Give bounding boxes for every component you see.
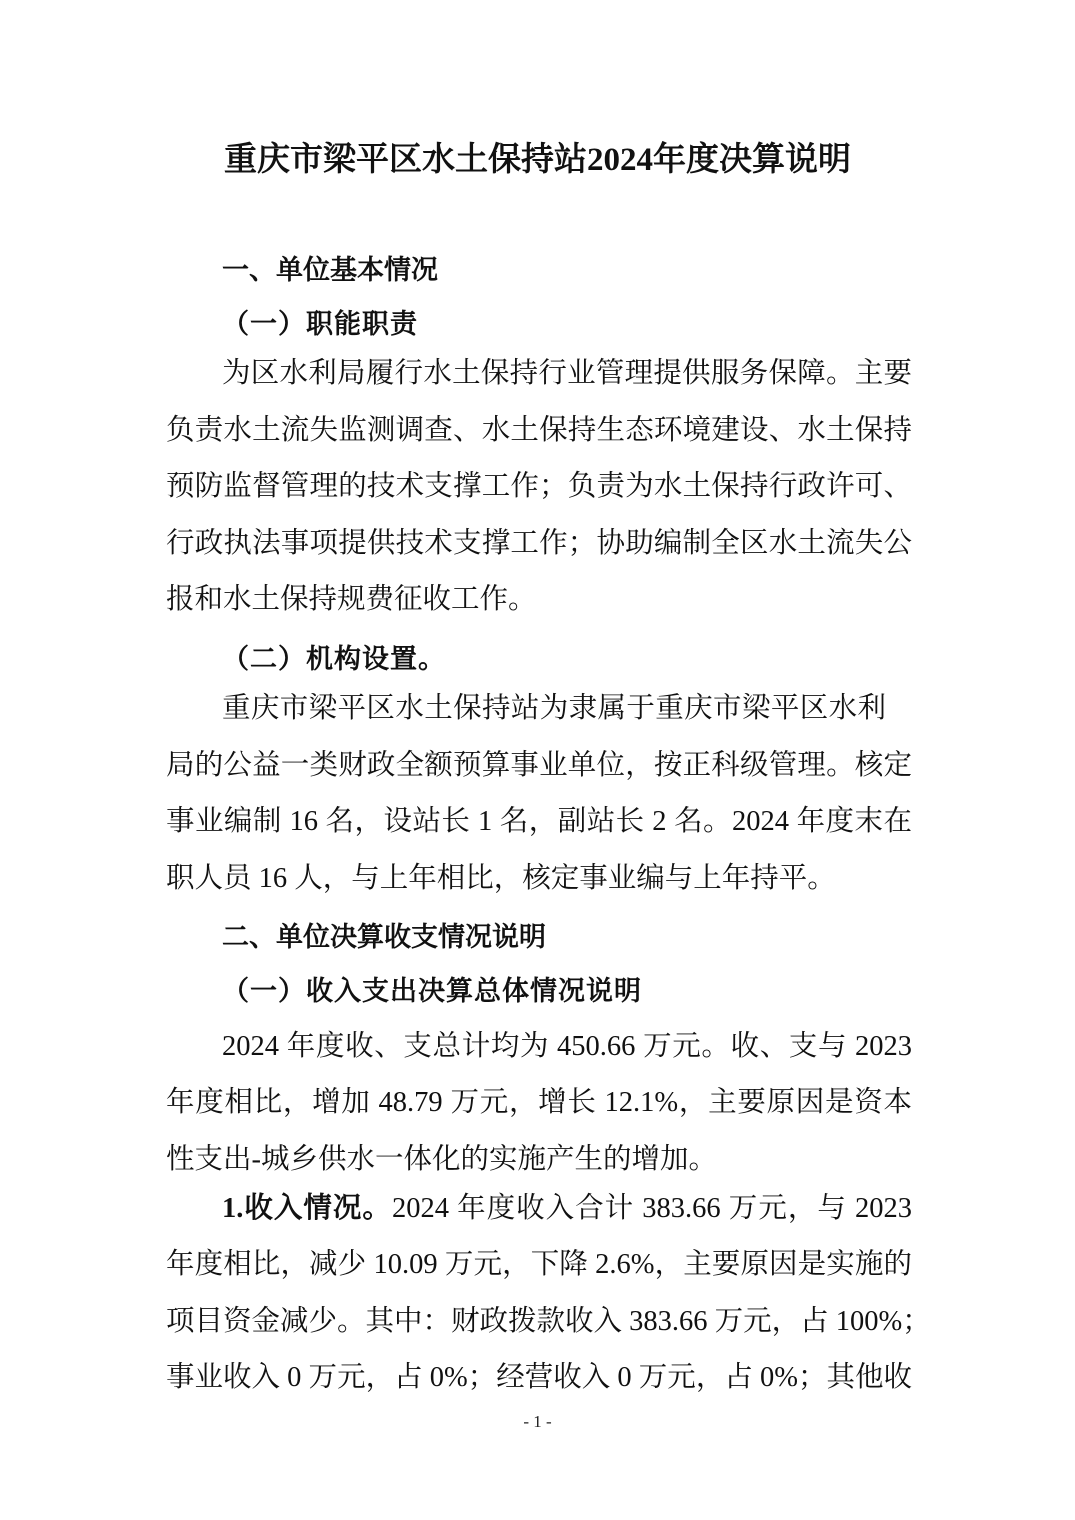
subsection-heading-organization: （二）机构设置。 — [222, 640, 446, 680]
paragraph-line: 事业编制 16 名，设站长 1 名，副站长 2 名。2024 年度末在 — [166, 802, 912, 842]
paragraph-line: 性支出-城乡供水一体化的实施产生的增加。 — [166, 1140, 912, 1180]
paragraph-line: 项目资金减少。其中：财政拨款收入 383.66 万元，占 100%； — [166, 1302, 912, 1342]
paragraph-line: 2024 年度收、支总计均为 450.66 万元。收、支与 2023 — [222, 1027, 912, 1067]
paragraph-line: 报和水土保持规费征收工作。 — [166, 580, 912, 620]
subsection-heading-functions: （一）职能职责 — [222, 305, 418, 345]
paragraph-line: 预防监督管理的技术支撑工作；负责为水土保持行政许可、 — [166, 467, 912, 507]
income-paragraph-line: 1.收入情况。2024 年度收入合计 383.66 万元，与 2023 — [222, 1189, 912, 1229]
section-heading-revenue-expenditure: 二、单位决算收支情况说明 — [222, 918, 546, 958]
income-label: 1.收入情况。 — [222, 1193, 392, 1224]
paragraph-line: 事业收入 0 万元，占 0%；经营收入 0 万元，占 0%；其他收 — [166, 1358, 912, 1398]
document-page: 重庆市梁平区水土保持站2024年度决算说明 一、单位基本情况 （一）职能职责 为… — [0, 0, 1075, 1520]
paragraph-line: 局的公益一类财政全额预算事业单位，按正科级管理。核定 — [166, 746, 912, 786]
page-number: - 1 - — [0, 1412, 1075, 1432]
subsection-heading-overall: （一）收入支出决算总体情况说明 — [222, 972, 642, 1012]
income-text: 2024 年度收入合计 383.66 万元，与 2023 — [392, 1193, 912, 1224]
paragraph-line: 为区水利局履行水土保持行业管理提供服务保障。主要 — [222, 354, 912, 394]
paragraph-line: 年度相比，减少 10.09 万元，下降 2.6%，主要原因是实施的 — [166, 1245, 912, 1285]
section-heading-basic-info: 一、单位基本情况 — [222, 251, 438, 291]
paragraph-line: 年度相比，增加 48.79 万元，增长 12.1%，主要原因是资本 — [166, 1083, 912, 1123]
paragraph-line: 职人员 16 人，与上年相比，核定事业编与上年持平。 — [166, 859, 912, 899]
paragraph-line: 负责水土流失监测调查、水土保持生态环境建设、水土保持 — [166, 411, 912, 451]
document-title: 重庆市梁平区水土保持站2024年度决算说明 — [0, 138, 1075, 182]
paragraph-line: 重庆市梁平区水土保持站为隶属于重庆市梁平区水利 — [222, 689, 886, 729]
paragraph-line: 行政执法事项提供技术支撑工作；协助编制全区水土流失公 — [166, 524, 912, 564]
